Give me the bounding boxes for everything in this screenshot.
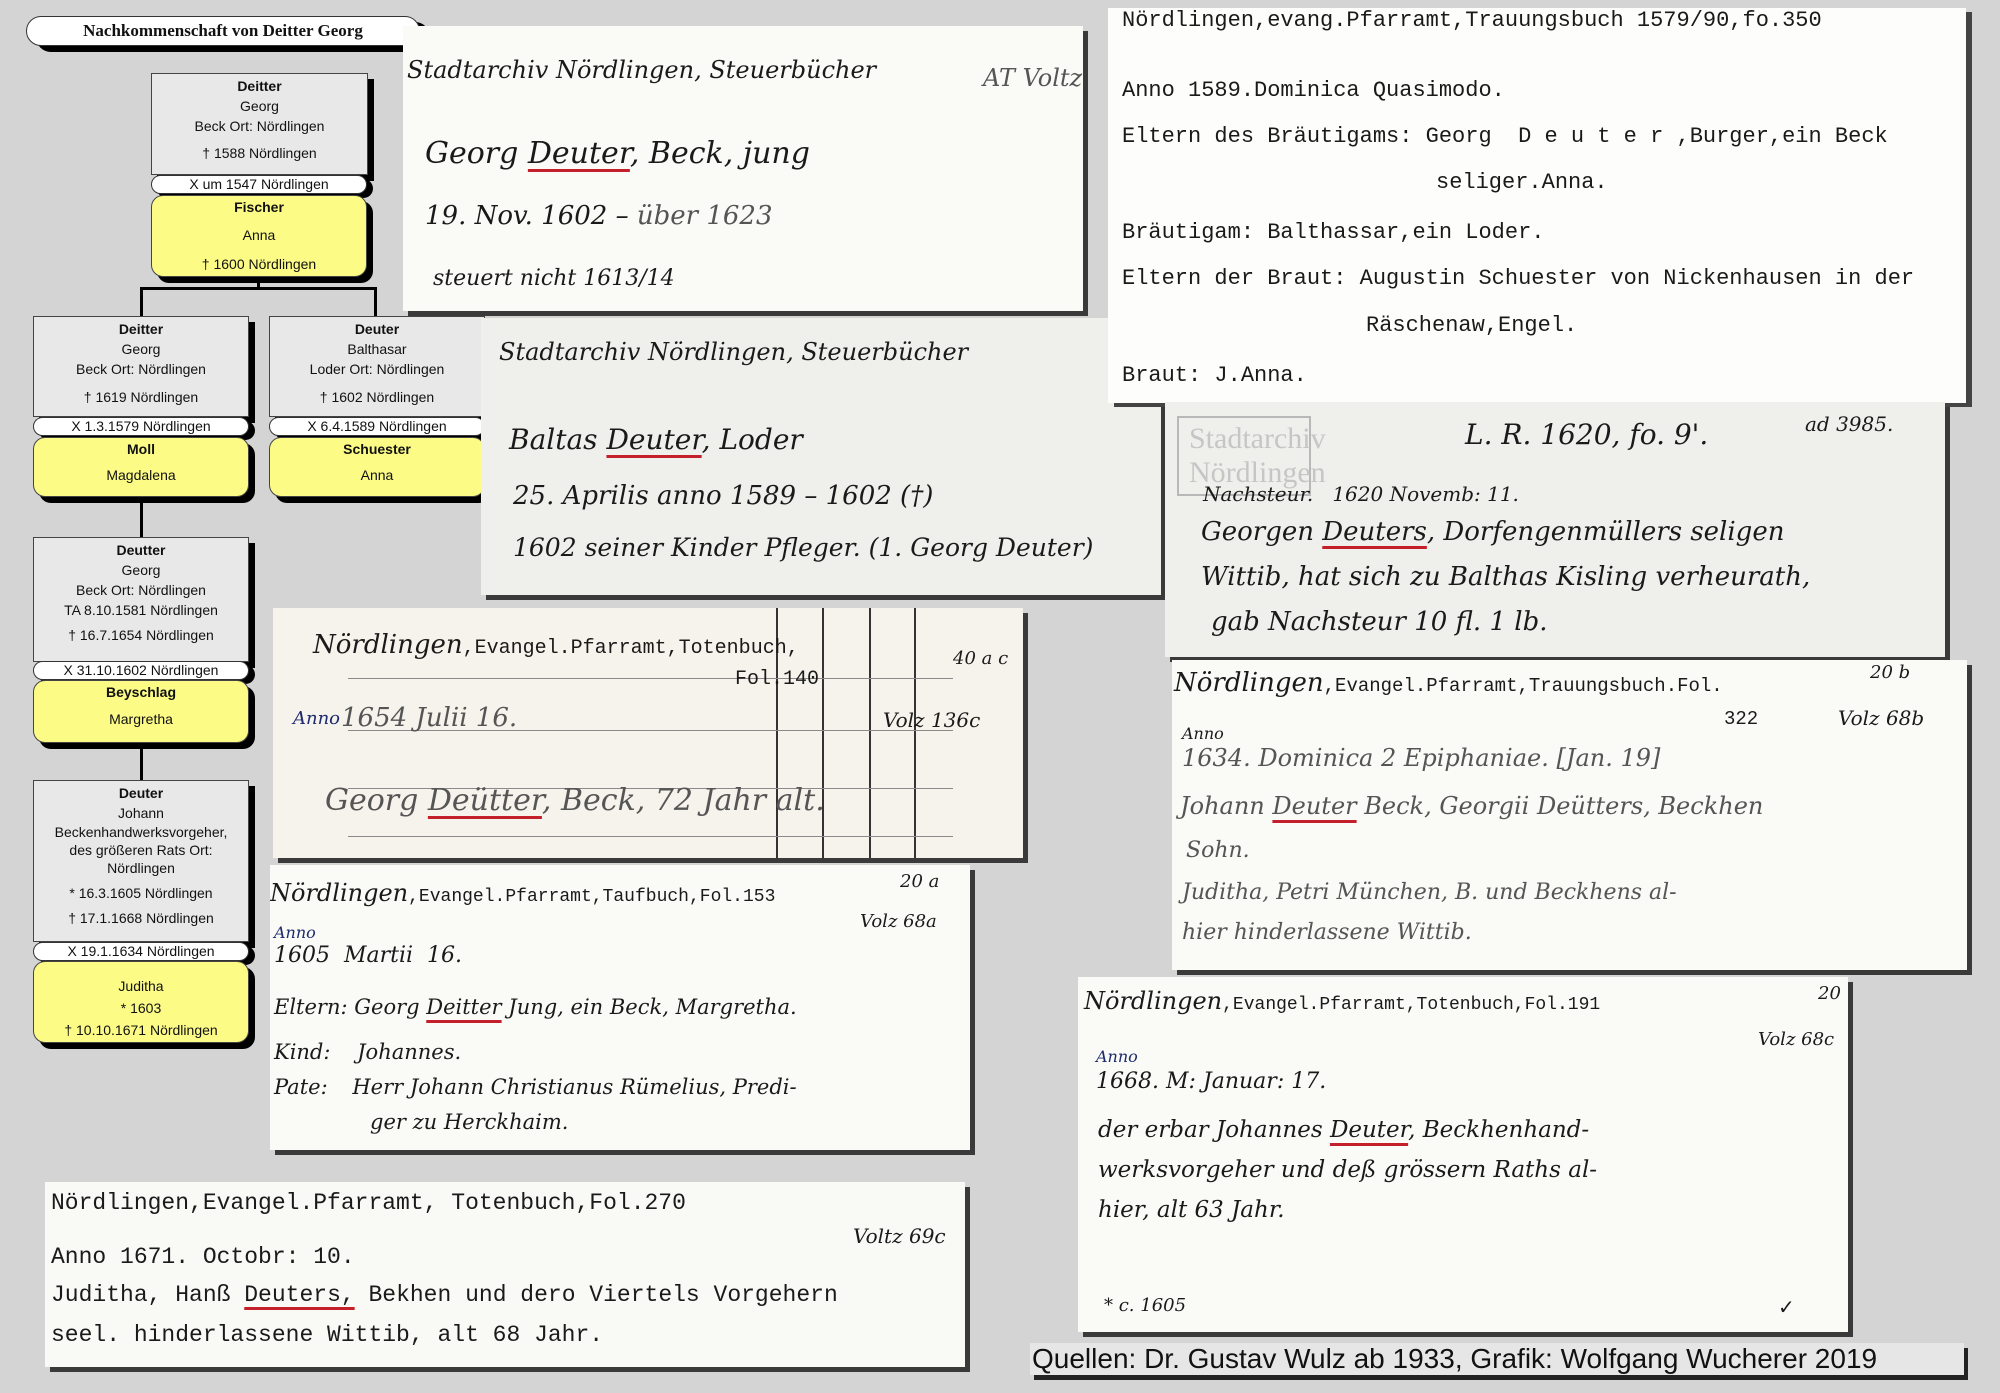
entry-date: Nachsteur. 1620 Novemb: 11.: [1203, 482, 1519, 506]
entry-date: 1634. Dominica 2 Epiphaniae. [Jan. 19]: [1182, 744, 1660, 772]
given-name: Margretha: [34, 707, 248, 731]
card-header: Nördlingen,Evangel.Pfarramt,Trauungsbuch…: [1174, 668, 1723, 698]
surname-highlight: Deuter: [606, 423, 701, 456]
entry-dates: 19. Nov. 1602 – über 1623: [425, 201, 773, 231]
entry-name-line: Georg Deütter, Beck, 72 Jahr alt.: [325, 783, 825, 818]
anno-label: Anno: [1096, 1047, 1138, 1066]
person-box-gen1: Deitter Georg Beck Ort: Nördlingen † 158…: [151, 73, 368, 175]
folio: Fol.140: [735, 668, 819, 691]
entry-date: 1654 Julii 16.: [341, 703, 517, 733]
stamp-line: Stadtarchiv: [1189, 422, 1299, 456]
voltz-reference: Volz 68a: [860, 911, 937, 932]
occupation: Nördlingen: [34, 859, 248, 877]
bride-mother: Räschenaw,Engel.: [1366, 313, 1577, 338]
entry-dates: 25. Aprilis anno 1589 – 1602 (†): [513, 481, 933, 511]
entry-date: 1605 Martii 16.: [274, 943, 462, 968]
surname: Deitter: [34, 319, 248, 339]
voltz-reference: Volz 68c: [1758, 1029, 1834, 1050]
surname-highlight: Deütter: [428, 783, 542, 818]
death-date: † 16.7.1654 Nördlingen: [34, 625, 248, 645]
record-card-nachsteuer-1620: Stadtarchiv Nördlingen L. R. 1620, fo. 9…: [1165, 402, 1945, 657]
dates-pencil: über 1623: [637, 201, 773, 231]
godparent-line: Pate: Herr Johann Christianus Rümelius, …: [274, 1075, 797, 1099]
surname-highlight: Deuters: [1322, 517, 1427, 547]
surname: Deuter: [270, 319, 484, 339]
death-date: † 1588 Nördlingen: [152, 143, 367, 163]
given-name: Georgen: [1201, 517, 1314, 547]
card-header: Stadtarchiv Nördlingen, Steuerbücher: [499, 338, 968, 366]
surname-highlight: Deitter: [426, 995, 501, 1019]
death-date: † 1600 Nördlingen: [152, 252, 366, 276]
given-name: Johann: [1180, 792, 1265, 820]
name-prefix: der erbar Johannes: [1098, 1117, 1323, 1143]
check-icon: ✓: [1778, 1295, 1795, 1320]
card-header: Nördlingen,Evangel.Pfarramt,Totenbuch,: [313, 630, 799, 660]
entry-date: 1668. M: Januar: 17.: [1096, 1069, 1326, 1094]
name-prefix: Juditha, Hanß: [51, 1282, 230, 1308]
archive-reference: 40 a c: [953, 648, 1008, 669]
surname-highlight: Deuter: [1272, 792, 1356, 820]
parents-label: Eltern:: [274, 995, 348, 1019]
entry-text: Juditha, Petri München, B. und Beckhens …: [1182, 880, 1677, 905]
person-box-gen2a: Deitter Georg Beck Ort: Nördlingen † 161…: [33, 316, 249, 417]
entry-text: hier, alt 63 Jahr.: [1098, 1197, 1285, 1223]
spouse-box-gen4: Juditha * 1603 † 10.10.1671 Nördlingen: [33, 961, 249, 1043]
tree-connector: [140, 287, 143, 317]
ledger-rule: [869, 608, 871, 858]
record-card-steuerbuch-georg: Stadtarchiv Nördlingen, Steuerbücher AT …: [403, 26, 1083, 311]
spouse-box-gen1: Fischer Anna † 1600 Nördlingen: [151, 195, 367, 277]
voltz-reference: Voltz 69c: [853, 1224, 946, 1248]
name-suffix: , Loder: [702, 423, 803, 456]
ledger-rule: [348, 836, 953, 837]
person-box-gen4: Deuter Johann Beckenhandwerksvorgeher, d…: [33, 780, 249, 942]
child-name: Johannes.: [357, 1040, 461, 1064]
header-place: Nördlingen: [1174, 668, 1324, 698]
dates: 19. Nov. 1602 –: [425, 201, 629, 231]
occupation: Beck Ort: Nördlingen: [34, 580, 248, 600]
archive-reference: 20 a: [900, 871, 939, 892]
ledger-rule: [348, 678, 953, 679]
entry-name-line: Johann Deuter Beck, Georgii Deütters, Be…: [1180, 792, 1763, 820]
occupation: Beck Ort: Nördlingen: [34, 359, 248, 379]
occupation: Beckenhandwerksvorgeher,: [34, 823, 248, 841]
surname: Deitter: [152, 76, 367, 96]
card-header: Nördlingen,Evangel.Pfarramt,Totenbuch,Fo…: [1084, 987, 1600, 1015]
name-suffix: , Beck, jung: [630, 136, 810, 171]
death-date: † 1619 Nördlingen: [34, 387, 248, 407]
name-suffix: , Dorfengenmüllers seligen: [1427, 517, 1785, 547]
groom: Bräutigam: Balthassar,ein Loder.: [1122, 220, 1544, 245]
archive-reference: AT Voltz: [983, 64, 1082, 92]
birth-date: * 1603: [34, 997, 248, 1019]
spouse-box-gen2a: Moll Magdalena: [33, 437, 249, 497]
card-header: Nördlingen,evang.Pfarramt,Trauungsbuch 1…: [1122, 8, 1822, 33]
death-date: † 1602 Nördlingen: [270, 387, 484, 407]
given-name: Georg: [34, 339, 248, 359]
marriage-label-gen4: X 19.1.1634 Nördlingen: [33, 942, 249, 961]
given-name: Georg: [34, 560, 248, 580]
name-suffix: Beck, Georgii Deütters, Beckhen: [1357, 792, 1764, 820]
groom-parents: Eltern des Bräutigams: Georg D e u t e r…: [1122, 124, 1888, 149]
occupation: Beck Ort: Nördlingen: [152, 116, 367, 136]
entry-date: Anno 1589.Dominica Quasimodo.: [1122, 78, 1505, 103]
entry-text: gab Nachsteur 10 fl. 1 lb.: [1211, 607, 1547, 637]
surname: Deutter: [34, 540, 248, 560]
tree-connector: [140, 287, 377, 290]
marriage-label-gen2a: X 1.3.1579 Nördlingen: [33, 417, 249, 436]
header-place: Nördlingen: [270, 879, 408, 907]
header-place: Nördlingen: [1084, 987, 1222, 1015]
given-name: Magdalena: [34, 463, 248, 487]
entry-name-line: Georg Deuter, Beck, jung: [425, 136, 810, 171]
marriage-label-gen3: X 31.10.1602 Nördlingen: [33, 661, 249, 680]
person-box-gen3: Deutter Georg Beck Ort: Nördlingen TA 8.…: [33, 537, 249, 662]
spouse-box-gen3: Beyschlag Margretha: [33, 680, 249, 743]
card-header: L. R. 1620, fo. 9'.: [1465, 418, 1708, 451]
entry-note: steuert nicht 1613/14: [433, 266, 675, 291]
surname-highlight: Deuters,: [244, 1282, 354, 1308]
birth-note: * c. 1605: [1104, 1295, 1186, 1316]
card-header: Nördlingen,Evangel.Pfarramt, Totenbuch,F…: [51, 1190, 686, 1216]
godparent-line-2: ger zu Herckhaim.: [370, 1110, 568, 1134]
surname: Deuter: [34, 783, 248, 803]
entry-text: hier hinderlassene Wittib.: [1182, 920, 1472, 945]
archive-reference: 20 b: [1870, 662, 1910, 683]
header-register: ,Evangel.Pfarramt,Totenbuch,Fol.191: [1222, 995, 1600, 1015]
bride: Braut: J.Anna.: [1122, 363, 1307, 388]
entry-name-line: Georgen Deuters, Dorfengenmüllers selige…: [1201, 517, 1784, 547]
anno-label: Anno: [293, 708, 340, 729]
record-card-totenbuch-1668: Nördlingen,Evangel.Pfarramt,Totenbuch,Fo…: [1078, 977, 1848, 1332]
godparent-label: Pate:: [274, 1075, 328, 1099]
groom-mother: seliger.Anna.: [1436, 170, 1608, 195]
record-card-trauung-1589: Nördlingen,evang.Pfarramt,Trauungsbuch 1…: [1108, 8, 1966, 403]
godparent-name: Herr Johann Christianus Rümelius, Predi-: [352, 1075, 796, 1099]
entry-note: 1602 seiner Kinder Pfleger. (1. Georg De…: [513, 533, 1093, 562]
name-suffix: , Beckhenhand-: [1408, 1117, 1589, 1143]
archive-reference: 20: [1818, 983, 1841, 1004]
surname: Beyschlag: [34, 682, 248, 702]
surname: Moll: [34, 439, 248, 459]
record-card-trauung-1634: Nördlingen,Evangel.Pfarramt,Trauungsbuch…: [1172, 660, 1967, 970]
person-box-gen2b: Deuter Balthasar Loder Ort: Nördlingen †…: [269, 316, 485, 417]
surname: Schuester: [270, 439, 484, 459]
bride-parents: Eltern der Braut: Augustin Schuester von…: [1122, 266, 1914, 291]
header-place: Nördlingen: [313, 630, 463, 660]
voltz-reference: Volz 136c: [883, 708, 980, 732]
spouse-box-gen2b: Schuester Anna: [269, 437, 485, 497]
child-line: Kind: Johannes.: [274, 1040, 461, 1064]
header-register: ,Evangel.Pfarramt,Trauungsbuch.Fol.: [1324, 675, 1723, 697]
ledger-rule: [914, 608, 916, 858]
entry-text: Sohn.: [1186, 838, 1250, 863]
ledger-rule: [822, 608, 824, 858]
header-register: ,Evangel.Pfarramt,Taufbuch,Fol.153: [408, 887, 775, 907]
tree-connector: [140, 503, 143, 538]
entry-text: Wittib, hat sich zu Balthas Kisling verh…: [1201, 562, 1810, 592]
source-credits: Quellen: Dr. Gustav Wulz ab 1933, Grafik…: [1030, 1343, 1964, 1375]
folio: 322: [1724, 708, 1758, 730]
entry-text: werksvorgeher und deß grössern Raths al-: [1098, 1157, 1597, 1183]
given-name: Anna: [270, 463, 484, 487]
record-card-totenbuch-1671: Nördlingen,Evangel.Pfarramt, Totenbuch,F…: [45, 1182, 965, 1367]
occupation: des größeren Rats Ort:: [34, 841, 248, 859]
name-suffix: Bekhen und dero Viertels Vorgehern: [355, 1282, 838, 1308]
chart-title: Nachkommenschaft von Deitter Georg: [26, 16, 420, 46]
record-card-taufe-1605: Nördlingen,Evangel.Pfarramt,Taufbuch,Fol…: [270, 865, 970, 1150]
birth-date: * 16.3.1605 Nördlingen: [34, 883, 248, 903]
entry-name-line: Baltas Deuter, Loder: [509, 423, 803, 456]
anno-label: Anno: [1182, 724, 1224, 743]
surname-highlight: Deuter: [528, 136, 630, 171]
entry-date: Anno 1671. Octobr: 10.: [51, 1244, 355, 1270]
archive-reference: ad 3985.: [1805, 412, 1893, 436]
marriage-label-gen2b: X 6.4.1589 Nördlingen: [269, 417, 485, 436]
given-name: Georg: [425, 136, 518, 171]
given-name: Juditha: [34, 975, 248, 997]
surname-highlight: Deuter: [1330, 1117, 1408, 1143]
child-label: Kind:: [274, 1040, 330, 1064]
tree-connector: [374, 287, 377, 317]
card-header: Stadtarchiv Nördlingen, Steuerbücher: [407, 56, 876, 84]
parents-line: Eltern: Georg Deitter Jung, ein Beck, Ma…: [274, 995, 797, 1019]
surname: Fischer: [152, 197, 366, 217]
given-name: Georg: [325, 783, 418, 818]
given-name: Georg: [152, 96, 367, 116]
record-card-totenbuch-1654: Nördlingen,Evangel.Pfarramt,Totenbuch, F…: [273, 608, 1023, 858]
occupation: Loder Ort: Nördlingen: [270, 359, 484, 379]
entry-name-line: Juditha, Hanß Deuters, Bekhen und dero V…: [51, 1282, 838, 1308]
given-name: Balthasar: [270, 339, 484, 359]
tree-connector: [140, 749, 143, 781]
given-name: Johann: [34, 803, 248, 823]
entry-text: seel. hinderlassene Wittib, alt 68 Jahr.: [51, 1322, 603, 1348]
given-name: Baltas: [509, 423, 598, 456]
death-date: † 17.1.1668 Nördlingen: [34, 908, 248, 928]
record-card-steuerbuch-balthasar: Stadtarchiv Nördlingen, Steuerbücher Bal…: [481, 318, 1161, 595]
parents-rest: Jung, ein Beck, Margretha.: [502, 995, 797, 1019]
header-register: ,Evangel.Pfarramt,Totenbuch,: [463, 637, 799, 660]
name-suffix: , Beck, 72 Jahr alt.: [542, 783, 825, 818]
marriage-label-gen1: X um 1547 Nördlingen: [151, 175, 367, 194]
entry-name-line: der erbar Johannes Deuter, Beckhenhand-: [1098, 1117, 1589, 1143]
father-given: Georg: [354, 995, 419, 1019]
voltz-reference: Volz 68b: [1838, 706, 1924, 730]
death-date: † 10.10.1671 Nördlingen: [34, 1019, 248, 1041]
baptism-date: TA 8.10.1581 Nördlingen: [34, 600, 248, 620]
card-header: Nördlingen,Evangel.Pfarramt,Taufbuch,Fol…: [270, 879, 775, 907]
anno-label: Anno: [274, 923, 316, 942]
given-name: Anna: [152, 223, 366, 247]
